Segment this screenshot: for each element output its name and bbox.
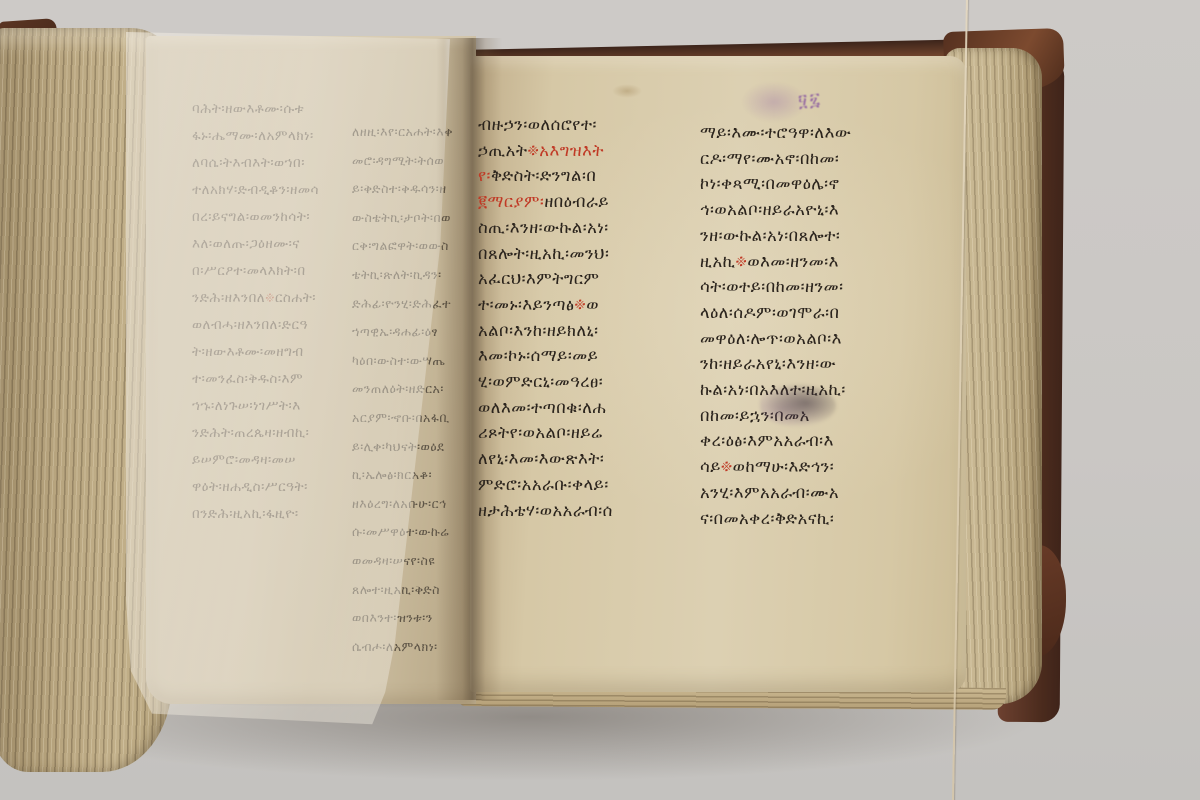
black-ink-run: ቀረ፡ዕፅ፡እምአአራብ፡እ	[700, 431, 834, 450]
text-line: አንሂ፡እምአአራብ፡ሙአ	[700, 480, 926, 506]
black-ink-run: ስጢ፡እንዘ፡ውኩል፡አነ፡	[478, 218, 609, 237]
text-line: ና፡በመአቀረ፡ቅድአናኪ፡	[700, 506, 926, 532]
text-line: ኃጢአት፠አእግዝእት	[478, 138, 694, 164]
text-line: ምድሮ፡አአራቡ፡ቀላይ፡	[478, 472, 694, 498]
text-line: ንዘ፡ውኩል፡አነ፡በጸሎተ፡	[700, 223, 926, 249]
black-ink-run: ወከማሁ፡እድኅን፡	[733, 457, 835, 476]
black-ink-run: ርዶ፡ማየ፡ሙአኖ፡በከመ፡	[700, 149, 839, 168]
red-ink-run: ፠	[574, 295, 586, 314]
text-line: ስጢ፡እንዘ፡ውኩል፡አነ፡	[478, 215, 694, 241]
black-ink-run: ወእመ፡ዘንመ፡እ	[747, 252, 839, 271]
black-ink-run: ቅድስት፡ድንግል፡በ	[491, 166, 596, 185]
black-ink-run: ኃጢአት	[478, 141, 527, 160]
parchment-stain	[612, 84, 642, 98]
black-ink-run: እመ፡ኮኑ፡ሰማይ፡መይ	[478, 346, 598, 365]
black-ink-run: ሳት፡ወተይ፡በከመ፡ዘንመ፡	[700, 277, 844, 296]
text-line: መዋዕለ፡ሎጥ፡ወአልቦ፡እ	[700, 326, 926, 352]
manuscript-photo: { "palette": { "ink_black": "#2b241d", "…	[0, 0, 1200, 800]
black-ink-run: ለየኒ፡እመ፡እውጽእት፡	[478, 449, 604, 468]
text-line: ቀረ፡ዕፅ፡እምአአራብ፡እ	[700, 428, 926, 454]
black-ink-run: ንከ፡ዘይራአየኒ፡እንዘ፡ው	[700, 354, 836, 373]
text-line: አፈርህ፡እምትግርም	[478, 266, 694, 292]
black-ink-run: ተ፡መኑ፡እይንጣፅ	[478, 295, 574, 314]
black-ink-run: ማይ፡እሙ፡ተሮዓዋ፡ለእው	[700, 123, 851, 142]
black-ink-run: ሪጾትየ፡ወአልቦ፡ዘይሬ	[478, 423, 603, 442]
text-line: ማይ፡እሙ፡ተሮዓዋ፡ለእው	[700, 120, 926, 146]
black-ink-run: ምድሮ፡አአራቡ፡ቀላይ፡	[478, 475, 609, 494]
black-ink-run: ብዙኃን፡ወለሰሮየተ፡	[478, 115, 597, 134]
text-line: ለየኒ፡እመ፡እውጽእት፡	[478, 446, 694, 472]
black-ink-run: አልቦ፡እንከ፡ዘይክለኒ፡	[478, 321, 599, 340]
red-ink-run: የ፡	[478, 166, 491, 185]
ink-smudge	[760, 384, 836, 426]
red-ink-run: ፠	[721, 457, 733, 476]
black-ink-run: ንዘ፡ውኩል፡አነ፡በጸሎተ፡	[700, 226, 840, 245]
text-line: በጸሎት፡ዚአኪ፡መንህ፡	[478, 241, 694, 267]
black-ink-run: ሳይ	[700, 457, 721, 476]
text-line: ዘታሕቴሃ፡ወአአራብ፡ሰ	[478, 498, 694, 524]
text-line: ብዙኃን፡ወለሰሮየተ፡	[478, 112, 694, 138]
black-ink-run: ና፡በመአቀረ፡ቅድአናኪ፡	[700, 509, 834, 528]
text-line: ፪ማርያም፡ዘበዕብራይ	[478, 189, 694, 215]
red-ink-run: ፠	[736, 252, 748, 271]
black-ink-run: ወለእመ፡ተጣበቁ፡ለሐ	[478, 398, 606, 417]
text-line: ርዶ፡ማየ፡ሙአኖ፡በከመ፡	[700, 146, 926, 172]
red-ink-run: ፪ማርያም፡	[478, 192, 544, 211]
text-line: ላዕለ፡ሰዶም፡ወገሞራ፡በ	[700, 300, 926, 326]
text-line: ሳይ፠ወከማሁ፡እድኅን፡	[700, 454, 926, 480]
right-page-column-2: ማይ፡እሙ፡ተሮዓዋ፡ለእውርዶ፡ማየ፡ሙአኖ፡በከመ፡ኮነ፡ቀጻሚ፡በመዋዕሌ…	[700, 120, 926, 531]
folio-number: ፶፯	[797, 89, 823, 112]
text-line: ኮነ፡ቀጻሚ፡በመዋዕሌ፡ኖ	[700, 171, 926, 197]
text-line: ሂ፡ወምድርኒ፡መዓረፀ፡	[478, 369, 694, 395]
text-line: አልቦ፡እንከ፡ዘይክለኒ፡	[478, 318, 694, 344]
black-ink-run: ዘበዕብራይ	[544, 192, 609, 211]
black-ink-run: ዘታሕቴሃ፡ወአአራብ፡ሰ	[478, 501, 613, 520]
black-ink-run: ወ	[586, 295, 599, 314]
black-ink-run: አንሂ፡እምአአራብ፡ሙአ	[700, 483, 839, 502]
text-line: ዚአኪ፠ወእመ፡ዘንመ፡እ	[700, 249, 926, 275]
text-line: የ፡ቅድስት፡ድንግል፡በ	[478, 163, 694, 189]
text-line: ሳት፡ወተይ፡በከመ፡ዘንመ፡	[700, 274, 926, 300]
text-line: ተ፡መኑ፡እይንጣፅ፠ወ	[478, 292, 694, 318]
text-line: እመ፡ኮኑ፡ሰማይ፡መይ	[478, 343, 694, 369]
black-ink-run: አፈርህ፡እምትግርም	[478, 269, 599, 288]
right-page-column-1: ብዙኃን፡ወለሰሮየተ፡ኃጢአት፠አእግዝእትየ፡ቅድስት፡ድንግል፡በ፪ማርያ…	[478, 112, 694, 523]
text-line: ንከ፡ዘይራአየኒ፡እንዘ፡ው	[700, 351, 926, 377]
black-ink-run: ላዕለ፡ሰዶም፡ወገሞራ፡በ	[700, 303, 840, 322]
black-ink-run: ኮነ፡ቀጻሚ፡በመዋዕሌ፡ኖ	[700, 174, 839, 193]
black-ink-run: ዚአኪ	[700, 252, 736, 271]
text-line: ኅ፡ወአልቦ፡ዘይራአዮኒ፡እ	[700, 197, 926, 223]
black-ink-run: ኅ፡ወአልቦ፡ዘይራአዮኒ፡እ	[700, 200, 839, 219]
black-ink-run: መዋዕለ፡ሎጥ፡ወአልቦ፡እ	[700, 329, 842, 348]
text-line: ወለእመ፡ተጣበቁ፡ለሐ	[478, 395, 694, 421]
black-ink-run: በጸሎት፡ዚአኪ፡መንህ፡	[478, 244, 609, 263]
black-ink-run: ሂ፡ወምድርኒ፡መዓረፀ፡	[478, 372, 603, 391]
red-ink-run: ፠አእግዝእት	[527, 141, 604, 160]
text-line: ሪጾትየ፡ወአልቦ፡ዘይሬ	[478, 420, 694, 446]
